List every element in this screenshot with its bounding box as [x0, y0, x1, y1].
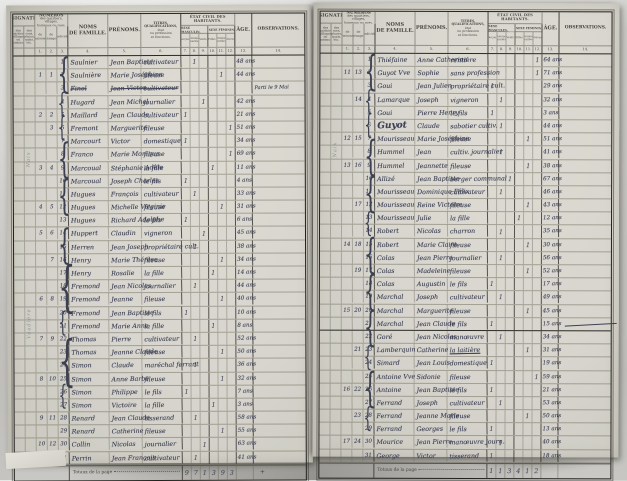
cell-designation-b — [331, 397, 342, 409]
cell-prenom: Jean Claude — [109, 412, 142, 425]
cell-status-veufs — [201, 425, 210, 437]
cell-designation-b — [331, 251, 342, 263]
cell-designation-a — [320, 357, 331, 369]
cell-maison-number — [35, 83, 46, 95]
cell-status-filles — [209, 174, 218, 186]
cell-age: 38 ans — [542, 160, 559, 172]
cell-status-veufs — [506, 120, 515, 132]
table-row: 26SimonPhilippele fils17 ans — [15, 385, 306, 399]
cell-status-hommes-maries: 1 — [497, 94, 506, 106]
cell-status-veuves — [228, 451, 237, 463]
cell-maison-number — [36, 307, 47, 319]
cell-maison-number — [342, 199, 353, 211]
cell-status-veuves — [533, 120, 542, 132]
cell-nom: Fremond — [69, 280, 109, 293]
cell-nom: Goui — [375, 80, 415, 93]
cell-designation-b — [25, 201, 36, 213]
cell-designation-a — [14, 320, 25, 332]
cell-status-hommes-maries — [497, 278, 506, 290]
cell-status-hommes-maries: 1 — [497, 226, 506, 238]
cell-designation-b — [26, 412, 37, 424]
cell-status-veufs — [506, 357, 515, 369]
cell-nom: Finel — [68, 82, 108, 95]
cell-designation-a — [14, 175, 25, 187]
cell-status-filles: 1 — [210, 399, 219, 411]
cell-prenom: Richard Adolphe — [109, 214, 142, 227]
cell-status-garcons: 1 — [488, 278, 497, 290]
cell-maison-number: 3 — [36, 162, 47, 174]
cell-individu-number: 11 — [58, 188, 69, 200]
cell-nom: Mourice — [374, 436, 414, 449]
cell-status-veuves — [533, 226, 542, 238]
cell-prenom: Reine Victoire — [415, 199, 448, 212]
cell-individu-number: 9 — [364, 159, 375, 171]
cell-status-filles — [515, 265, 524, 277]
cell-nom: Mourisseau — [375, 133, 415, 146]
cell-status-veuves — [533, 239, 542, 251]
cell-status-veufs — [200, 320, 209, 332]
cell-status-veufs — [200, 122, 209, 134]
cell-age: 46 ans — [542, 186, 559, 198]
total-hommes-maries: 1 — [496, 464, 505, 478]
cell-individu-number: 18 — [58, 280, 69, 292]
cell-profession: cultivateur — [448, 291, 488, 304]
cell-status-veuves — [533, 318, 542, 330]
cell-status-filles — [209, 293, 218, 305]
cell-status-hommes-maries — [191, 267, 200, 279]
cell-maison-number — [342, 370, 353, 382]
cell-status-femmes-mariees — [524, 212, 533, 224]
table-row: 1ThiéfaineAnne Catherinerentière164 ans — [320, 54, 611, 68]
cell-observation — [253, 240, 305, 253]
cell-status-veufs — [506, 199, 515, 211]
cell-status-hommes-maries — [497, 318, 506, 330]
cell-prenom: Jean Claude — [108, 108, 141, 121]
header-titres: TITRES, QUALIFICATIONS, état ou professi… — [448, 12, 488, 45]
cell-maison-number: 1 — [35, 69, 46, 81]
header-designation: DÉSIGNATION — [13, 14, 35, 26]
table-row: 141815RobertMarie Clairefileuse130 ans — [320, 238, 611, 252]
cell-observation — [252, 121, 304, 134]
cell-maison-number — [35, 122, 46, 134]
cell-nom: Marcourt — [69, 135, 109, 148]
cell-status-veufs: 1 — [200, 95, 209, 107]
cell-status-garcons — [182, 333, 191, 345]
cell-profession: fileuse — [142, 293, 182, 306]
cell-observation — [559, 212, 611, 225]
cell-status-hommes-maries — [191, 320, 200, 332]
cell-designation-a — [320, 80, 331, 92]
cell-status-veuves — [533, 186, 542, 198]
cell-status-garcons — [182, 254, 191, 266]
cell-individu-number: 5 — [364, 106, 375, 118]
cell-age: 58 ans — [236, 412, 253, 425]
cell-observation — [559, 67, 611, 80]
cell-observation — [559, 370, 611, 383]
cell-menage-number — [353, 146, 364, 158]
cell-status-filles — [209, 240, 218, 252]
cell-status-femmes-mariees — [524, 226, 533, 238]
cell-age: 48 ans — [235, 55, 252, 68]
total-veufs: 3 — [505, 464, 514, 478]
cell-profession: la laitière — [448, 344, 488, 357]
cell-observation — [559, 159, 611, 172]
cell-maison-number — [341, 396, 352, 408]
cell-status-veuves — [226, 82, 235, 94]
table-row: 2123LamberquinCatherinela laitière131 an… — [320, 344, 611, 358]
cell-maison-number — [36, 188, 47, 200]
cell-status-veuves — [532, 423, 541, 435]
cell-status-filles — [515, 357, 524, 369]
cell-designation-b — [26, 426, 37, 438]
cell-status-garcons: 1 — [488, 318, 497, 330]
cell-status-veufs — [506, 212, 515, 224]
cell-status-veuves — [533, 331, 542, 343]
cell-status-femmes-mariees: 1 — [218, 201, 227, 213]
cell-individu-number: 15 — [364, 238, 375, 250]
cell-status-filles — [208, 82, 217, 94]
cell-individu-number: 23 — [364, 344, 375, 356]
cell-nom: Robert — [375, 225, 415, 238]
cell-menage-number: 15 — [353, 133, 364, 145]
cell-observation — [559, 252, 611, 265]
header-observations: OBSERVATIONS. — [252, 13, 304, 46]
cell-maison-number — [37, 426, 48, 438]
table-row: 7922ThomasPierrecultivateur152 ans — [14, 332, 305, 346]
cell-menage-number — [353, 291, 364, 303]
cell-individu-number: 28 — [58, 412, 69, 424]
cell-individu-number: 22 — [364, 331, 375, 343]
cell-age: 38 ans — [236, 240, 253, 253]
header-sexe-masculin: SEXE MASCULIN. Garçons. Hommes mariés. V… — [181, 26, 208, 47]
cell-maison-number — [342, 146, 353, 158]
cell-age: 14 ans — [236, 266, 253, 279]
cell-status-filles — [515, 278, 524, 290]
cell-status-filles — [515, 81, 524, 93]
cell-prenom: Augustin — [415, 278, 448, 291]
cell-prenom: Philippe — [109, 385, 142, 398]
cell-prenom: Claudin — [109, 227, 142, 240]
cell-prenom: Jean Louis — [415, 357, 448, 370]
cell-status-filles — [209, 95, 218, 107]
cell-designation-a — [320, 317, 331, 329]
cell-status-veufs — [200, 359, 209, 371]
cell-status-garcons — [488, 265, 497, 277]
cell-status-veuves — [227, 293, 236, 305]
cell-maison-number — [36, 175, 47, 187]
cell-maison-number — [342, 278, 353, 290]
cell-menage-number: 13 — [353, 67, 364, 79]
cell-nom: Lamberquin — [375, 344, 415, 357]
cell-maison-number — [342, 291, 353, 303]
cell-maison-number: 10 — [37, 439, 48, 451]
cell-status-veuves — [227, 135, 236, 147]
cell-status-filles — [209, 333, 218, 345]
cell-maison-number: 5 — [36, 228, 47, 240]
header-age: ÂGE. — [235, 14, 252, 47]
cell-designation-a — [14, 360, 25, 372]
cell-status-garcons — [182, 320, 191, 332]
cell-designation-a — [320, 159, 331, 171]
cell-designation-b — [25, 96, 36, 108]
totals-row: Totaux de la page 9 7 1 3 9 3 + — [15, 464, 306, 480]
cell-designation-b — [331, 238, 342, 250]
cell-status-filles — [209, 188, 218, 200]
table-row: 716HenryMarie Thérèsefileuse134 ans — [14, 253, 305, 267]
cell-status-hommes-maries — [497, 54, 506, 66]
header-col-veuves: Veuves. — [533, 32, 542, 45]
cell-maison-number: 7 — [36, 333, 47, 345]
header-col-veufs: Veufs. — [506, 32, 515, 45]
cell-profession: manœuvre — [448, 331, 488, 344]
cell-status-filles — [210, 412, 219, 424]
cell-status-veufs — [505, 423, 514, 435]
cell-age: 49 ans — [542, 291, 559, 303]
cell-prenom: Jean Pierre — [415, 251, 448, 264]
cell-age: 51 ans — [542, 133, 559, 145]
cell-maison-number — [341, 410, 352, 422]
cell-prenom: Jeanne Claude — [109, 346, 142, 359]
cell-maison-number: 6 — [36, 294, 47, 306]
cell-status-hommes-maries — [497, 384, 506, 396]
cell-menage-number: 3 — [46, 122, 57, 134]
table-row: 8FrancoMarie Moniquefileuse169 ans — [14, 148, 305, 162]
cell-nom: Mourisseau — [375, 199, 415, 212]
cell-status-garcons — [182, 188, 191, 200]
header-prenoms: PRÉNOMS. — [108, 14, 141, 47]
cell-status-femmes-mariees — [217, 82, 226, 94]
cell-nom: Hummel — [375, 159, 415, 172]
cell-status-veuves — [227, 254, 236, 266]
cell-status-veuves: 1 — [227, 148, 236, 160]
cell-status-veuves — [227, 372, 236, 384]
cell-status-veufs — [506, 160, 515, 172]
header-numeros: NUMÉROS des quartiers, villages, hameaux… — [35, 14, 68, 26]
cell-menage-number — [352, 423, 363, 435]
cell-status-veufs — [506, 146, 515, 158]
cell-age: 63 ans — [237, 438, 254, 451]
cell-status-filles — [515, 331, 524, 343]
cell-profession: fileuse — [447, 410, 487, 423]
total-filles: 3 — [210, 466, 219, 480]
cell-profession: charron — [448, 225, 488, 238]
cell-prenom: Pierre Henry — [415, 106, 448, 119]
cell-prenom: Joseph Charles — [109, 174, 142, 187]
header-col-filles: Filles. — [515, 32, 524, 45]
cell-designation-b — [331, 106, 342, 118]
cell-status-hommes-maries — [496, 410, 505, 422]
cell-status-femmes-mariees — [218, 135, 227, 147]
cell-status-veuves — [226, 69, 235, 81]
cell-status-filles — [210, 425, 219, 437]
cell-status-veuves — [227, 346, 236, 358]
cell-age: 6 ans — [236, 214, 253, 227]
cell-status-veufs — [200, 188, 209, 200]
table-row: 19MarchalJosephcultivateur149 ans — [320, 291, 611, 305]
cell-designation-a — [15, 426, 26, 438]
table-row: 112SaulnièreMarie Joséphinefileuse144 an… — [13, 69, 304, 83]
cell-designation-b — [25, 122, 36, 134]
cell-status-garcons — [183, 412, 192, 424]
table-row: 20FremondJean Baptistele fils110 ans — [14, 306, 305, 320]
cell-maison-number — [35, 56, 46, 68]
cell-status-veuves — [227, 359, 236, 371]
cell-designation-b — [26, 399, 37, 411]
cell-prenom: Victoire — [109, 399, 142, 412]
cell-status-hommes-maries — [497, 239, 506, 251]
cell-observation — [253, 187, 305, 200]
cell-menage-number: 24 — [352, 436, 363, 448]
cell-status-veufs — [506, 278, 515, 290]
cell-maison-number — [342, 344, 353, 356]
cell-status-hommes-maries — [191, 306, 200, 318]
cell-status-filles — [515, 186, 524, 198]
cell-age: 7 ans — [236, 385, 253, 398]
table-row: 31GeorgeVictortisserand118 ans — [319, 449, 610, 463]
cell-designation-b — [331, 344, 342, 356]
cell-designation-a — [320, 67, 331, 79]
cell-profession: cultivateur — [142, 332, 182, 345]
cell-observation — [253, 371, 305, 384]
cell-individu-number: 17 — [58, 267, 69, 279]
table-row: 172430MouriceJean Pierremanœuvre journ.1… — [319, 436, 610, 450]
header-noms: NOMS DE FAMILLE. — [68, 14, 108, 47]
cell-designation-b — [330, 410, 341, 422]
cell-age: 31 ans — [542, 344, 559, 356]
cell-status-veuves — [533, 199, 542, 211]
cell-individu-number: 29 — [363, 423, 374, 435]
cell-status-femmes-mariees — [218, 240, 227, 252]
cell-status-filles — [515, 120, 524, 132]
cell-status-femmes-mariees — [524, 94, 533, 106]
total-femmes-mariees: 1 — [523, 464, 532, 478]
cell-status-femmes-mariees — [219, 399, 228, 411]
cell-age: 51 ans — [235, 121, 252, 134]
cell-profession: sabotier cultiv. — [448, 120, 488, 133]
cell-status-femmes-mariees: 1 — [218, 254, 227, 266]
cell-prenom: Nicolas — [110, 438, 143, 451]
cell-maison-number: 12 — [342, 133, 353, 145]
cell-individu-number: 10 — [58, 175, 69, 187]
cell-observation — [253, 160, 305, 173]
cell-status-garcons — [488, 344, 497, 356]
table-row: 24SimonClaudemaréchal ferrant136 ans — [14, 359, 305, 373]
cell-menage-number — [47, 307, 58, 319]
cell-status-garcons — [488, 212, 497, 224]
cell-status-filles — [210, 451, 219, 463]
cell-status-veuves: 1 — [227, 122, 236, 134]
cell-observation — [558, 397, 610, 410]
cell-status-femmes-mariees — [218, 359, 227, 371]
cell-nom: Mourisseau — [375, 185, 415, 198]
cell-status-veufs — [200, 346, 209, 358]
cell-status-garcons — [488, 94, 497, 106]
cell-nom: Hugues — [69, 214, 109, 227]
cell-designation-a — [320, 344, 331, 356]
cell-age: 32 ans — [236, 372, 253, 385]
cell-maison-number — [341, 423, 352, 435]
cell-menage-number — [47, 241, 58, 253]
header-sexe-feminin: SEXE FÉMININ. Filles. Femmes mariées. Ve… — [208, 26, 235, 47]
cell-individu-number: 1 — [57, 56, 68, 68]
cell-individu-number: 23 — [58, 346, 69, 358]
cell-nom: Marcoual — [69, 161, 109, 174]
cell-nom: Guyot Vve — [375, 67, 415, 80]
cell-menage-number — [352, 449, 363, 461]
cell-profession: cultivateur — [447, 397, 487, 410]
cell-prenom: Michelle Virginie — [109, 201, 142, 214]
cell-designation-b — [25, 188, 36, 200]
cell-status-hommes-maries — [191, 346, 200, 358]
cell-nom: Marchal — [375, 317, 415, 330]
header-noms: NOMS DE FAMILLE. — [375, 12, 415, 45]
cell-designation-b — [25, 109, 36, 121]
cell-status-filles — [209, 227, 218, 239]
cell-individu-number: 13 — [364, 212, 375, 224]
cell-nom: Huppert — [69, 227, 109, 240]
cell-nom: Simon — [69, 385, 109, 398]
cell-nom: Antoine — [374, 383, 414, 396]
cell-status-femmes-mariees: 1 — [524, 239, 533, 251]
cell-status-veufs — [506, 291, 515, 303]
cell-status-garcons — [488, 54, 497, 66]
cell-maison-number — [36, 320, 47, 332]
scanned-census-document: { "colors":{"paper":"#d5d3ca","backgroun… — [0, 0, 627, 480]
cell-designation-a — [319, 410, 330, 422]
cell-status-filles — [209, 346, 218, 358]
cell-status-femmes-mariees — [523, 450, 532, 462]
cell-status-femmes-mariees — [219, 385, 228, 397]
cell-status-veufs — [199, 56, 208, 68]
cell-prenom: François — [109, 188, 142, 201]
cell-status-veuves — [533, 146, 542, 158]
cell-observation — [558, 423, 610, 436]
cell-profession: journalier — [448, 251, 488, 264]
cell-individu-number: 21 — [58, 320, 69, 332]
cell-profession: cultiv. journalier — [448, 146, 488, 159]
cell-profession: la fille — [142, 319, 182, 332]
cell-status-filles — [515, 344, 524, 356]
header-col-femmes-mariees: Femmes mariées. — [217, 34, 226, 47]
cell-prenom: Marie Anne — [109, 319, 142, 332]
cell-maison-number — [36, 386, 47, 398]
cell-status-filles: 1 — [209, 161, 218, 173]
cell-maison-number — [36, 360, 47, 372]
cell-status-hommes-maries — [496, 450, 505, 462]
cell-profession: fileuse — [142, 346, 182, 359]
total-hommes-maries: 7 — [192, 466, 201, 480]
cell-prenom: Anne Catherine — [415, 54, 448, 67]
cell-age: 35 ans — [542, 226, 559, 238]
cell-status-garcons — [182, 161, 191, 173]
cell-profession: maréchal ferrant — [142, 359, 182, 372]
cell-prenom: Nicolas — [415, 225, 448, 238]
cell-observation — [559, 344, 611, 357]
cell-maison-number: 4 — [36, 201, 47, 213]
table-row: 6GuyotClaudesabotier cultiv.144 ans — [320, 120, 611, 134]
totals-mark: + — [254, 465, 306, 479]
cell-status-garcons — [182, 372, 191, 384]
cell-individu-number: 4 — [57, 96, 68, 108]
table-row: 36FremontMargueritefileuse151 ans — [14, 121, 305, 135]
cell-menage-number — [353, 225, 364, 237]
cell-menage-number: 22 — [352, 383, 363, 395]
cell-status-femmes-mariees — [218, 148, 227, 160]
cell-nom: Guyot — [375, 119, 415, 132]
cell-prenom: Marie Joséphine — [415, 133, 448, 146]
cell-prenom: Marguerite — [415, 304, 448, 317]
cell-menage-number: 17 — [353, 199, 364, 211]
